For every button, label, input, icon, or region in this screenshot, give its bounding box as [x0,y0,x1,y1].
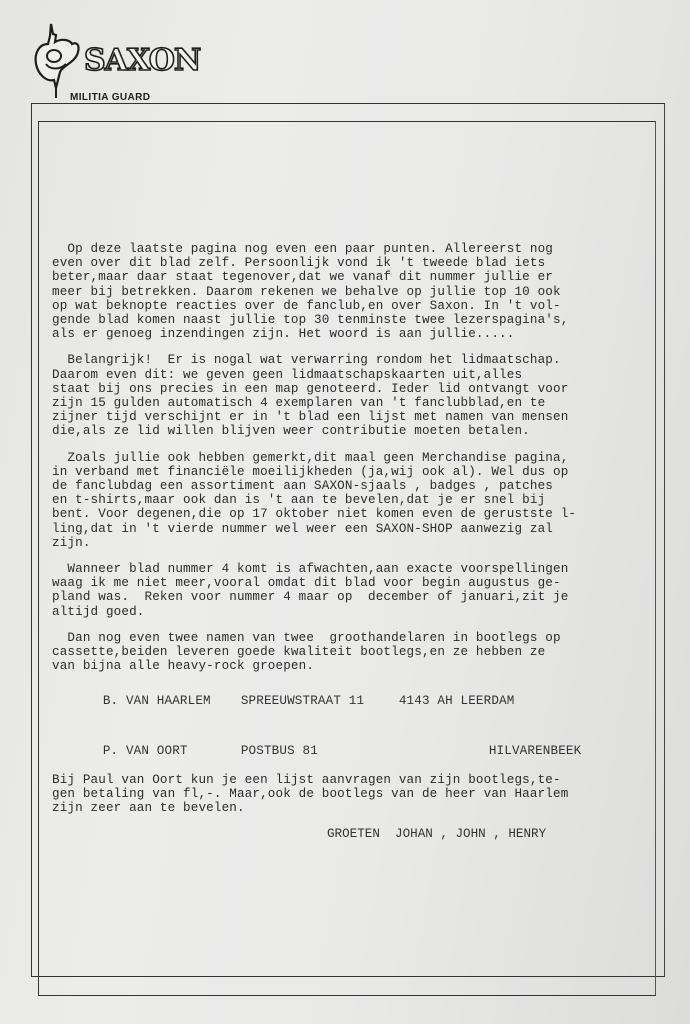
address-line-oort: P. VAN OORTPOSTBUS 81HILVARENBEEK [52,730,657,773]
address-city: HILVARENBEEK [489,744,582,758]
dragon-emblem-icon [32,22,92,102]
address-city: 4143 AH LEERDAM [399,694,515,708]
address-line-haarlem: B. VAN HAARLEMSPREEUWSTRAAT 114143 AH LE… [52,679,657,722]
paragraph-merchandise: Zoals jullie ook hebben gemerkt,dit maal… [52,451,657,550]
logo-subtitle: MILITIA GUARD [70,92,150,103]
address-name: B. VAN HAARLEM [103,694,241,708]
paragraph-next-issue: Wanneer blad nummer 4 komt is afwachten,… [52,562,657,619]
logo-wordmark: SAXON [84,46,200,76]
paragraph-bootlegs: Dan nog even twee namen van twee grootha… [52,631,657,674]
saxon-militia-guard-logo: SAXON MILITIA GUARD [32,22,192,106]
paragraph-membership: Belangrijk! Er is nogal wat verwarring r… [52,353,657,438]
address-street: SPREEUWSTRAAT 11 [241,694,399,708]
letter-body: Op deze laatste pagina nog even een paar… [52,242,657,841]
signoff: GROETEN JOHAN , JOHN , HENRY [327,827,657,841]
paragraph-closing: Bij Paul van Oort kun je een lijst aanvr… [52,773,657,816]
address-name: P. VAN OORT [103,744,241,758]
address-street: POSTBUS 81 [241,744,489,758]
paragraph-intro: Op deze laatste pagina nog even een paar… [52,242,657,341]
